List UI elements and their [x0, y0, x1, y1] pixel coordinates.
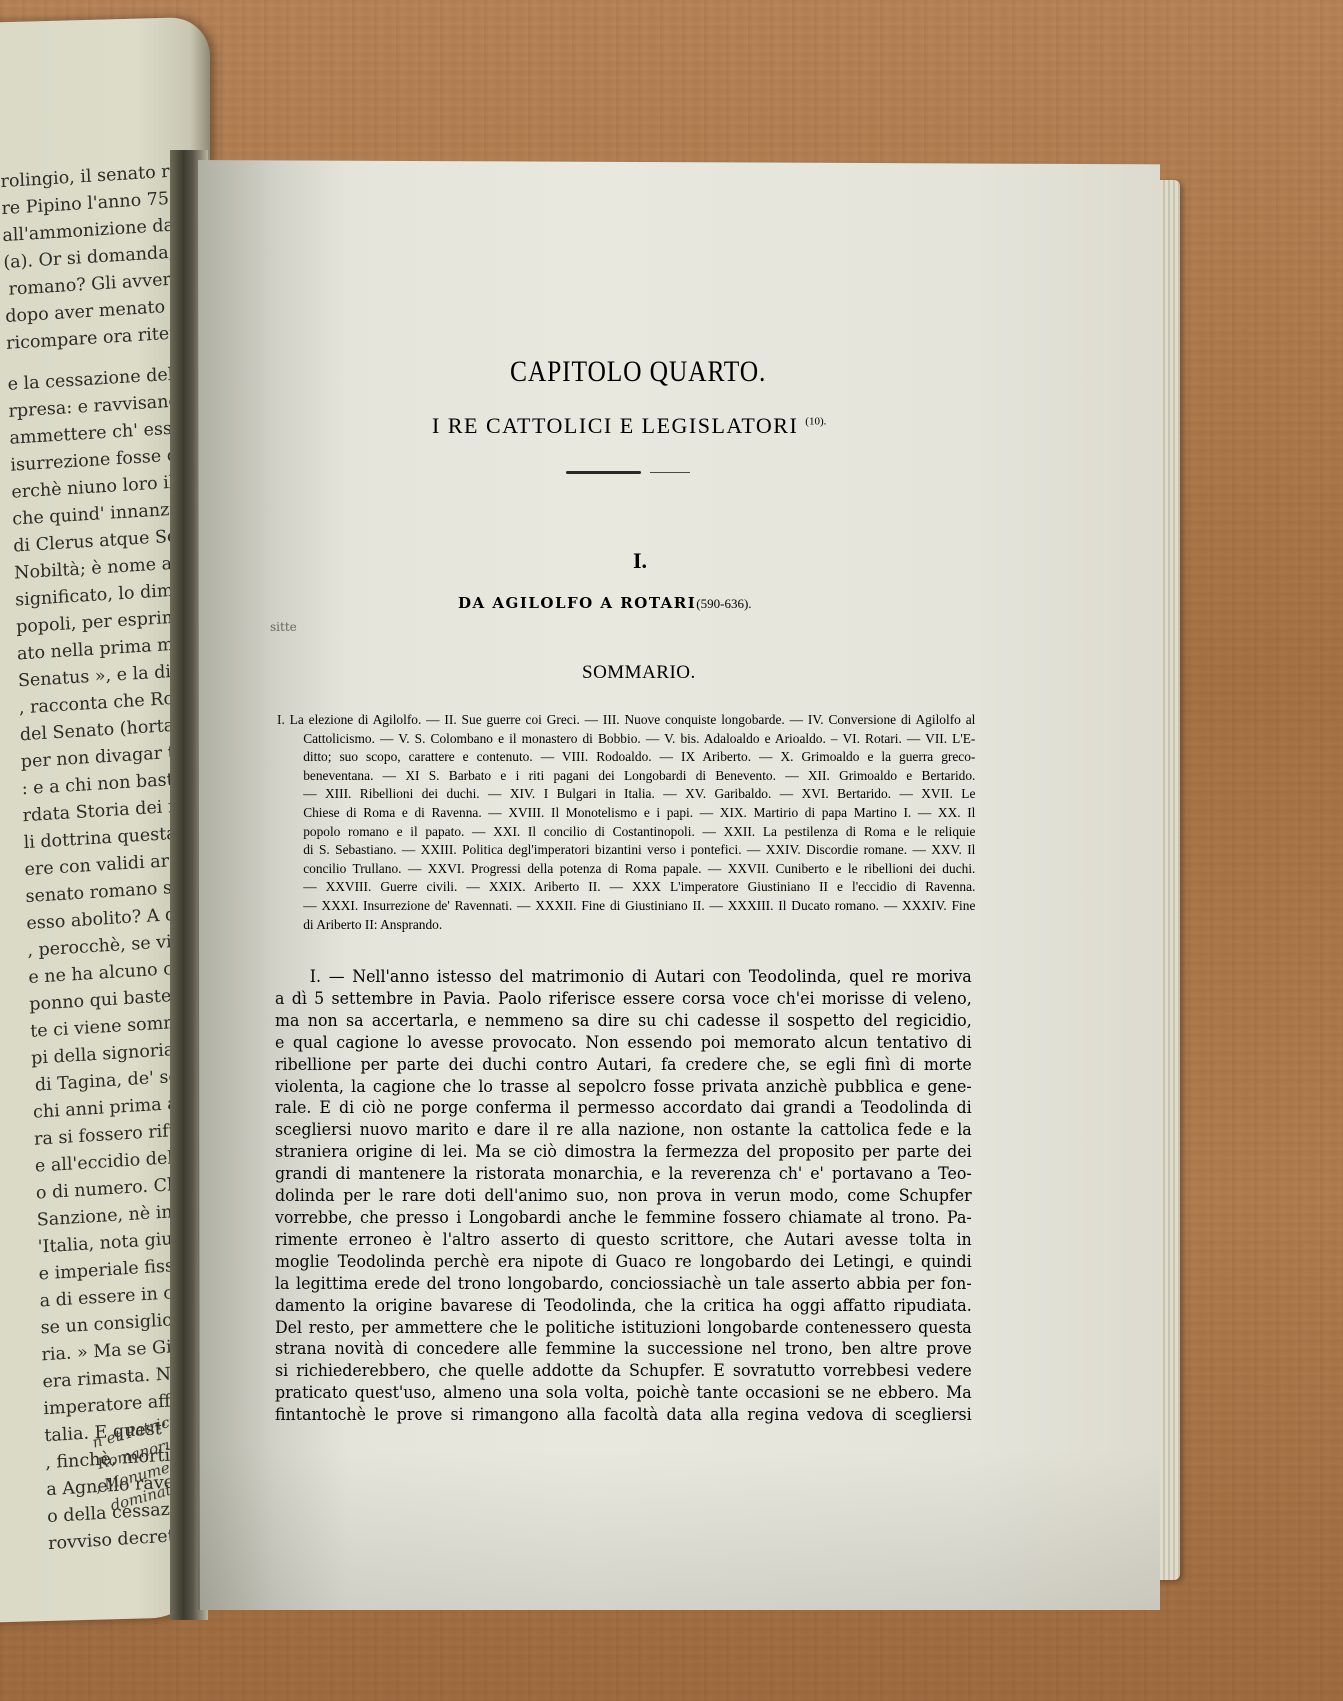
body-line: straniera origine di lei. Ma se ciò dimo… [275, 1141, 972, 1163]
body-line: vorrebbe, che presso i Longobardi anche … [275, 1207, 972, 1229]
body-line: I. — Nell'anno istesso del matrimonio di… [275, 966, 972, 988]
body-line: la legittima erede del trono longobardo,… [275, 1273, 972, 1295]
summary-line: di S. Sebastiano. — XXIII. Politica degl… [277, 841, 975, 860]
body-line: ribellione per parte dei duchi contro Au… [275, 1054, 972, 1076]
body-line: dolinda per le rare doti dell'animo suo,… [275, 1185, 972, 1207]
body-line: rale. E di ciò ne porge conferma il perm… [275, 1097, 972, 1119]
body-line: damento la origine bavarese di Teodolind… [275, 1295, 972, 1317]
body-line: a dì 5 settembre in Pavia. Paolo riferis… [275, 988, 972, 1010]
section-title: DA AGILOLFO A ROTARI(590-636). [458, 594, 752, 612]
body-line: rimente erroneo è l'altro asserto di que… [275, 1229, 972, 1251]
summary-line: Cattolicismo. — V. S. Colombano e il mon… [277, 730, 975, 749]
body-line: moglie Teodolinda perchè era nipote di G… [275, 1251, 972, 1273]
body-line: grandi di mantenere la ristorata monarch… [275, 1163, 972, 1185]
summary-line: I. La elezione di Agilolfo. — II. Sue gu… [277, 711, 975, 730]
body-line: strana novità di concedere alle femmine … [275, 1338, 972, 1360]
body-line: ma non sa accertarla, e nemmeno sa dire … [275, 1010, 972, 1032]
summary-line: concilio Trullano. — XXVI. Progressi del… [277, 860, 975, 879]
summary-line: ditto; suo scopo, carattere e contenuto.… [277, 748, 975, 767]
body-line: si richiederebbero, che quelle addotte d… [275, 1360, 972, 1382]
summary-line: popolo romano e il papato. — XXI. Il con… [277, 823, 975, 842]
summary-block: I. La elezione di Agilolfo. — II. Sue gu… [277, 711, 975, 934]
section-title-text: DA AGILOLFO A ROTARI [458, 594, 696, 612]
summary-line: — XXXI. Insurrezione de' Ravennati. — XX… [277, 897, 975, 916]
summary-line: Chiese di Roma e di Ravenna. — XVIII. Il… [277, 804, 975, 823]
summary-line: — XXVIII. Guerre civili. — XXIX. Aribert… [277, 878, 975, 897]
chapter-title: CAPITOLO QUARTO. [510, 355, 766, 389]
summary-line: beneventana. — XI S. Barbato e i riti pa… [277, 767, 975, 786]
summary-line: di Ariberto II: Ansprando. [277, 916, 975, 935]
body-line: e qual cagione lo avesse provocato. Non … [275, 1032, 972, 1054]
chapter-subtitle: I RE CATTOLICI E LEGISLATORI (10). [432, 413, 826, 439]
body-line: scegliersi nuovo marito e dare il re all… [275, 1119, 972, 1141]
summary-line: — XIII. Ribellioni dei duchi. — XIV. I B… [277, 785, 975, 804]
section-dates: (590-636). [696, 596, 751, 611]
chapter-note-ref: (10). [805, 416, 826, 428]
section-number: I. [633, 548, 647, 574]
chapter-subtitle-text: I RE CATTOLICI E LEGISLATORI [432, 413, 798, 438]
body-line: praticato quest'uso, almeno una sola vol… [275, 1382, 972, 1404]
ornament-rule [566, 469, 696, 477]
body-text: I. — Nell'anno istesso del matrimonio di… [275, 966, 972, 1426]
body-line: fintantochè le prove si rimangono alla f… [275, 1404, 972, 1426]
body-line: violenta, la cagione che lo trasse al se… [275, 1076, 972, 1098]
summary-heading: SOMMARIO. [582, 662, 696, 684]
margin-note: sitte [270, 620, 297, 634]
body-line: Del resto, per ammettere che le politich… [275, 1317, 972, 1339]
